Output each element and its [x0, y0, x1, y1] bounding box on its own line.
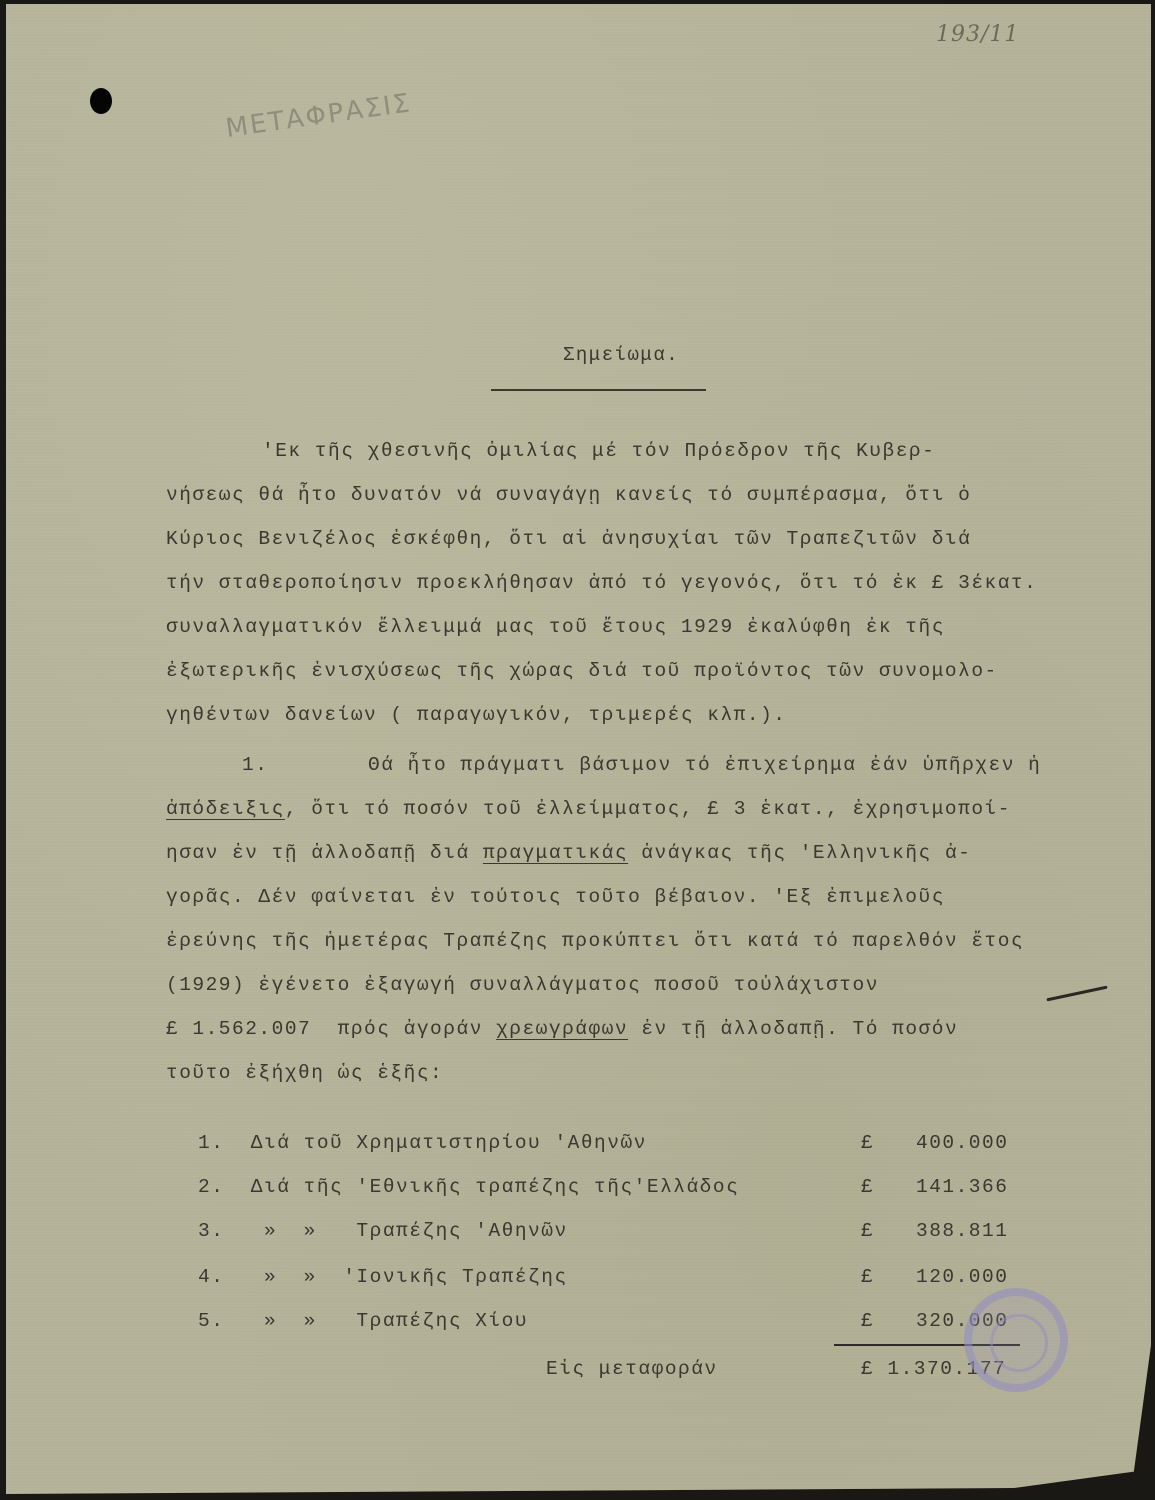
- pound-sign: £: [861, 1132, 874, 1154]
- point-1-line-2-text: , ὅτι τό ποσόν τοῦ ἐλλείμματος, £ 3 ἑκατ…: [285, 798, 1011, 820]
- pound-sign: £: [861, 1176, 874, 1198]
- pound-sign: £: [861, 1266, 874, 1288]
- intro-line-5: συναλλαγματικόν ἔλλειμμά μας τοῦ ἔτους 1…: [166, 616, 945, 638]
- pen-mark: [1046, 986, 1107, 1002]
- point-1-line-5: ἐρεύνης τῆς ἡμετέρας Τραπέζης προκύπτει …: [166, 930, 1024, 952]
- pound-sign: £: [861, 1310, 874, 1332]
- translation-stamp: ΜΕΤΑΦΡΑΣΙΣ: [224, 88, 413, 144]
- document-page: 193/11 ΜΕΤΑΦΡΑΣΙΣ Σημείωμα. 'Εκ τῆς χθεσ…: [6, 4, 1151, 1494]
- page-number: 193/11: [936, 22, 1019, 47]
- point-1-line-7: £ 1.562.007 πρός ἀγοράν χρεωγράφων ἐν τῇ…: [166, 1018, 958, 1040]
- point-number: 1.: [242, 754, 268, 776]
- carry-forward-label: Εἰς μεταφοράν: [546, 1358, 718, 1380]
- punch-hole: [90, 88, 112, 114]
- row-amount: 400.000: [916, 1132, 1008, 1154]
- row-amount: 388.811: [916, 1220, 1008, 1242]
- intro-line-1: 'Εκ τῆς χθεσινῆς ὁμιλίας μέ τόν Πρόεδρον…: [262, 440, 935, 462]
- point-1-line-1: Θά ἦτο πράγματι βάσιμον τό ἐπιχείρημα ἐά…: [368, 754, 1041, 776]
- row-label: 3. » » Τραπέζης 'Αθηνῶν: [198, 1220, 568, 1242]
- point-1-line-2: ἀπόδειξις, ὅτι τό ποσόν τοῦ ἐλλείμματος,…: [166, 798, 1011, 820]
- underlined-term-securities: χρεωγράφων: [496, 1018, 628, 1040]
- point-1-line-7-post: ἐν τῇ ἀλλοδαπῇ. Τό ποσόν: [628, 1018, 958, 1040]
- point-1-line-6: (1929) ἐγένετο ἐξαγωγή συναλλάγματος ποσ…: [166, 974, 879, 996]
- intro-line-7: γηθέντων δανείων ( παραγωγικόν, τριμερές…: [166, 704, 787, 726]
- title-underline: [491, 389, 706, 391]
- intro-line-2: νήσεως θά ἦτο δυνατόν νά συναγάγῃ κανείς…: [166, 484, 971, 506]
- row-amount: 120.000: [916, 1266, 1008, 1288]
- row-amount: 141.366: [916, 1176, 1008, 1198]
- document-title: Σημείωμα.: [563, 344, 679, 366]
- point-1-line-7-pre: £ 1.562.007 πρός ἀγοράν: [166, 1018, 496, 1040]
- seal-inner-ring: [990, 1314, 1048, 1372]
- pound-sign: £: [861, 1220, 874, 1242]
- intro-line-4: τήν σταθεροποίησιν προεκλήθησαν ἀπό τό γ…: [166, 572, 1037, 594]
- point-1-line-3-post: ἀνάγκας τῆς 'Ελληνικῆς ἀ-: [628, 842, 971, 864]
- row-label: 4. » » 'Ιονικῆς Τραπέζης: [198, 1266, 568, 1288]
- underlined-term-proof: ἀπόδειξις: [166, 798, 285, 820]
- row-label: 1. Διά τοῦ Χρηματιστηρίου 'Αθηνῶν: [198, 1132, 647, 1154]
- intro-line-3: Κύριος Βενιζέλος ἐσκέφθη, ὅτι αἱ ἀνησυχί…: [166, 528, 971, 550]
- point-1-line-4: γορᾶς. Δέν φαίνεται ἐν τούτοις τοῦτο βέβ…: [166, 886, 945, 908]
- point-1-line-3: ησαν ἐν τῇ ἀλλοδαπῇ διά πραγματικάς ἀνάγ…: [166, 842, 971, 864]
- row-label: 2. Διά τῆς 'Εθνικῆς τραπέζης τῆς'Ελλάδος: [198, 1176, 739, 1198]
- archive-seal-stamp: [964, 1288, 1068, 1392]
- point-1-line-8: τοῦτο ἐξήχθη ὡς ἑξῆς:: [166, 1062, 443, 1084]
- point-1-line-3-pre: ησαν ἐν τῇ ἀλλοδαπῇ διά: [166, 842, 483, 864]
- row-label: 5. » » Τραπέζης Χίου: [198, 1310, 528, 1332]
- intro-line-6: ἐξωτερικῆς ἐνισχύσεως τῆς χώρας διά τοῦ …: [166, 660, 998, 682]
- underlined-term-real: πραγματικάς: [483, 842, 628, 864]
